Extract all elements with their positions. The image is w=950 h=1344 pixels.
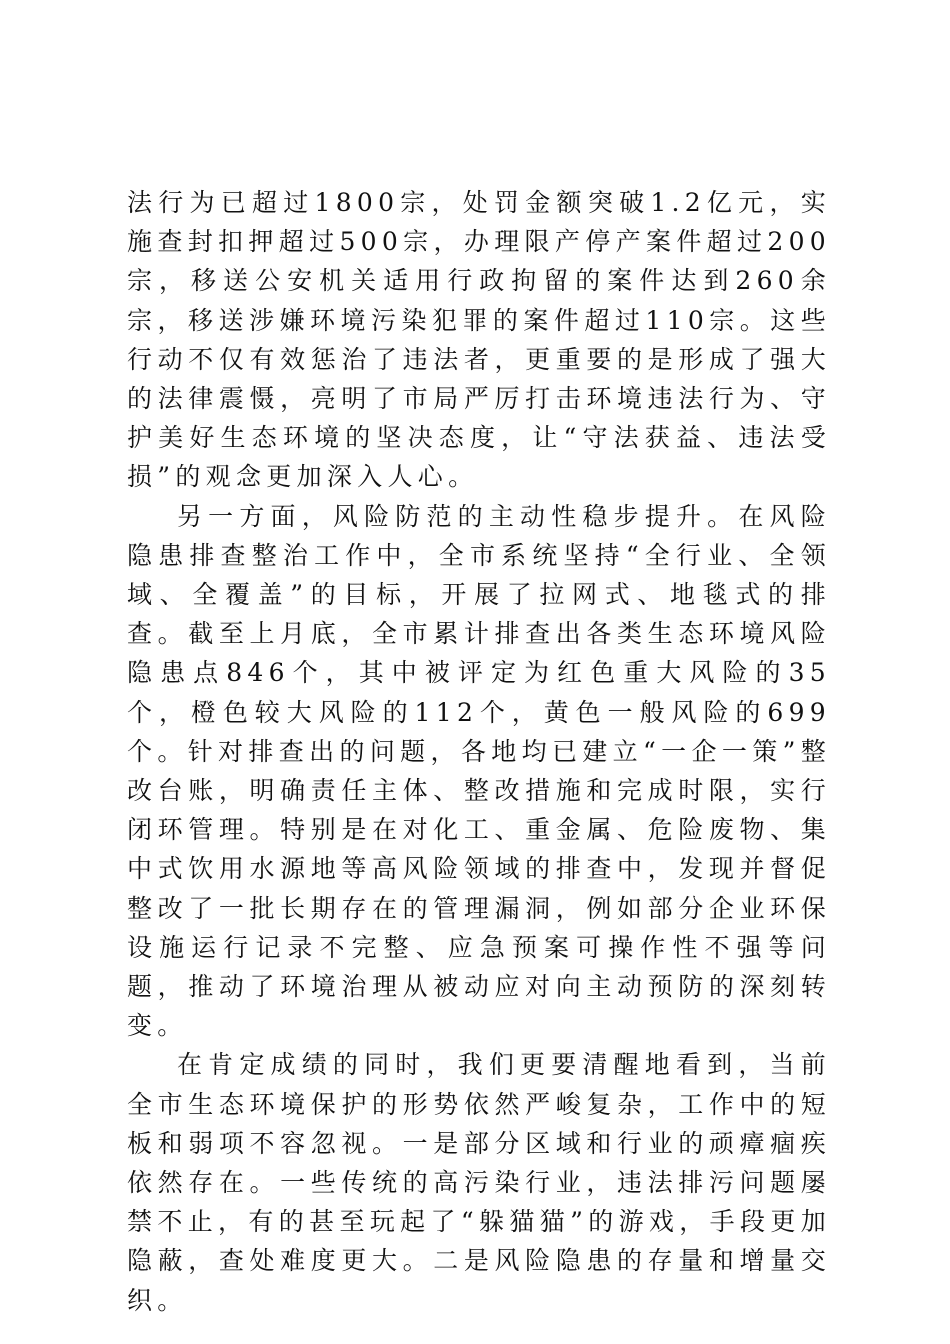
paragraph-enforcement-results: 法行为已超过1800宗，处罚金额突破1.2亿元，实施查封扣押超过500宗，办理限… <box>127 183 831 497</box>
paragraph-risk-prevention: 另一方面，风险防范的主动性稳步提升。在风险隐患排查整治工作中，全市系统坚持“全行… <box>127 497 831 1046</box>
document-page: 法行为已超过1800宗，处罚金额突破1.2亿元，实施查封扣押超过500宗，办理限… <box>127 183 831 1320</box>
paragraph-challenges: 在肯定成绩的同时，我们更要清醒地看到，当前全市生态环境保护的形势依然严峻复杂，工… <box>127 1045 831 1319</box>
